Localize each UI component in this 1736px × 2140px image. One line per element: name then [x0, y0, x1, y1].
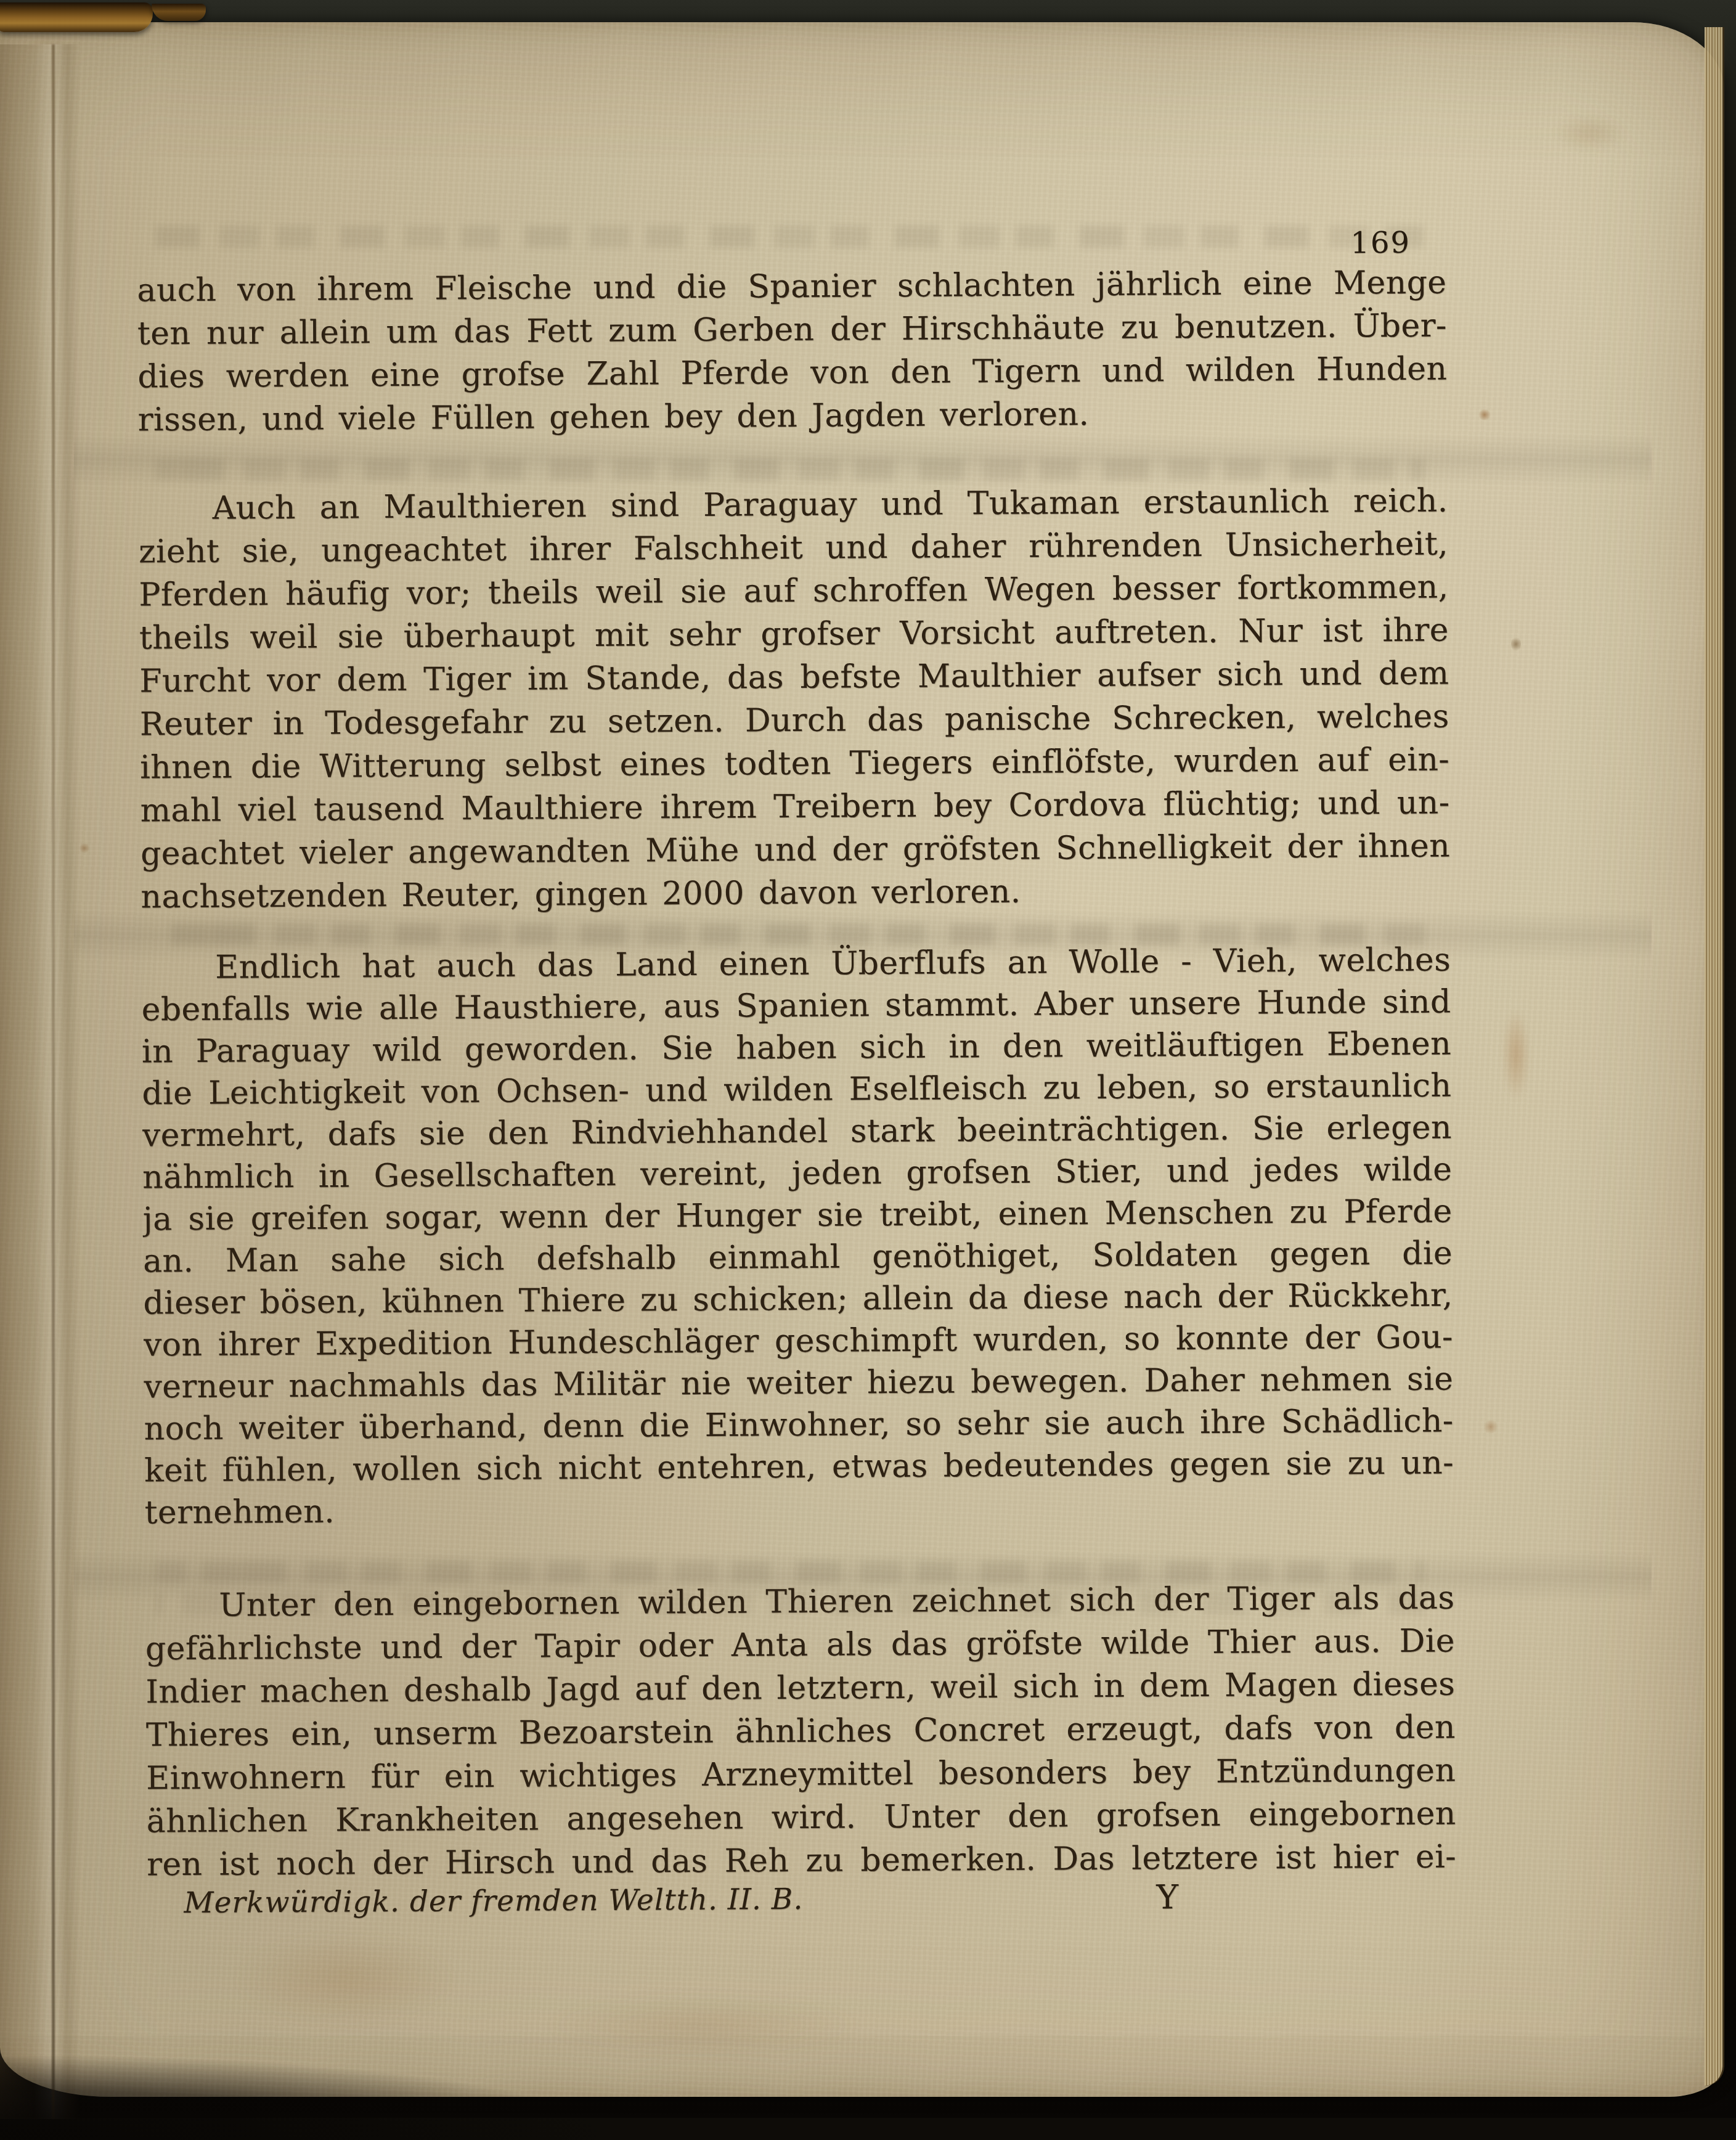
foxing-stain	[1478, 409, 1491, 420]
text-line: theils weil sie überhaupt mit sehr grofs…	[139, 609, 1449, 660]
page-number: 169	[1350, 226, 1411, 261]
text-line: ebenfalls wie alle Hausthiere, aus Spani…	[141, 981, 1451, 1031]
text-line: auch von ihrem Fleische und die Spanier …	[137, 261, 1446, 312]
text-line: Furcht vor dem Tiger im Stande, das befs…	[139, 652, 1449, 703]
text-line: dies werden eine grofse Zahl Pferde von …	[137, 348, 1447, 399]
text-line: mahl viel tausend Maulthiere ihrem Treib…	[140, 782, 1449, 833]
text-line: Reuter in Todesgefahr zu setzen. Durch d…	[140, 695, 1449, 746]
text-line: die Leichtigkeit von Ochsen- und wilden …	[142, 1065, 1451, 1115]
gutter-crease	[52, 44, 55, 2118]
text-line: ähnlichen Krankheiten angesehen wird. Un…	[146, 1792, 1456, 1843]
text-line: Thieres ein, unserm Bezoarstein ähnliche…	[146, 1705, 1456, 1757]
text-line: ten nur allein um das Fett zum Gerben de…	[137, 304, 1447, 356]
ink-speck	[1511, 636, 1521, 652]
text-line: verneur nachmahls das Militär nie weiter…	[144, 1358, 1453, 1408]
text-line: vermehrt, dafs sie den Rindviehhandel st…	[142, 1107, 1452, 1157]
text-line: in Paraguay wild geworden. Sie haben sic…	[142, 1023, 1451, 1073]
paragraph: Unter den eingebornen wilden Thieren zei…	[145, 1576, 1456, 1886]
text-line: ja sie greifen sogar, wenn der Hunger si…	[142, 1191, 1452, 1241]
text-line: keit fühlen, wollen sich nicht entehren,…	[144, 1442, 1454, 1492]
stacked-page-edges	[1705, 27, 1724, 2086]
text-line: zieht sie, ungeachtet ihrer Falschheit u…	[139, 523, 1448, 574]
text-line: noch weiter überhand, denn die Einwohner…	[144, 1400, 1454, 1450]
text-line: ihnen die Witterung selbst eines todten …	[140, 738, 1449, 790]
gutter-shadow	[0, 44, 80, 2118]
signature-title: Merkwürdigk. der fremden Weltth. II. B.	[184, 1877, 803, 1926]
text-line: nähmlich in Gesellschaften vereint, jede…	[142, 1149, 1452, 1199]
text-line: an. Man sahe sich defshalb einmahl genöt…	[143, 1233, 1453, 1283]
binding-leather-edge	[0, 2, 153, 32]
text-line: Einwohnern für ein wichtiges Arzneymitte…	[146, 1749, 1456, 1800]
text-line: dieser bösen, kühnen Thiere zu schicken;…	[143, 1274, 1453, 1324]
page-footer: Merkwürdigk. der fremden Weltth. II. B. …	[147, 1873, 1456, 1926]
catchword: Y	[1156, 1875, 1178, 1919]
text-line: ternehmen.	[144, 1484, 1454, 1534]
foxing-stain	[1553, 115, 1627, 152]
foxing-stain	[1502, 1008, 1530, 1101]
foxing-stain	[79, 843, 90, 853]
page-text-block: 169 auch von ihrem Fleische und die Span…	[136, 0, 1458, 2118]
text-line: Unter den eingebornen wilden Thieren zei…	[145, 1576, 1454, 1627]
text-line: gefährlichste und der Tapir oder Anta al…	[145, 1619, 1455, 1670]
text-line: Indier machen deshalb Jagd auf den letzt…	[145, 1662, 1455, 1713]
text-line: Auch an Maulthieren sind Paraguay und Tu…	[138, 480, 1448, 531]
foxing-stain	[1483, 1420, 1499, 1434]
text-line: Pferden häufig vor; theils weil sie auf …	[139, 566, 1448, 617]
text-line: Endlich hat auch das Land einen Überfluf…	[141, 939, 1451, 989]
text-line: nachsetzenden Reuter, gingen 2000 davon …	[141, 868, 1450, 919]
paragraph: Auch an Maulthieren sind Paraguay und Tu…	[138, 480, 1450, 919]
paragraph: auch von ihrem Fleische und die Spanier …	[137, 261, 1448, 442]
text-line: rissen, und viele Füllen gehen bey den J…	[138, 391, 1448, 442]
paragraph: Endlich hat auch das Land einen Überfluf…	[141, 939, 1454, 1534]
text-line: von ihrer Expedition Hundeschläger gesch…	[144, 1316, 1453, 1366]
book-photo: 169 auch von ihrem Fleische und die Span…	[0, 0, 1736, 2118]
text-line: geachtet vieler angewandten Mühe und der…	[141, 825, 1450, 876]
